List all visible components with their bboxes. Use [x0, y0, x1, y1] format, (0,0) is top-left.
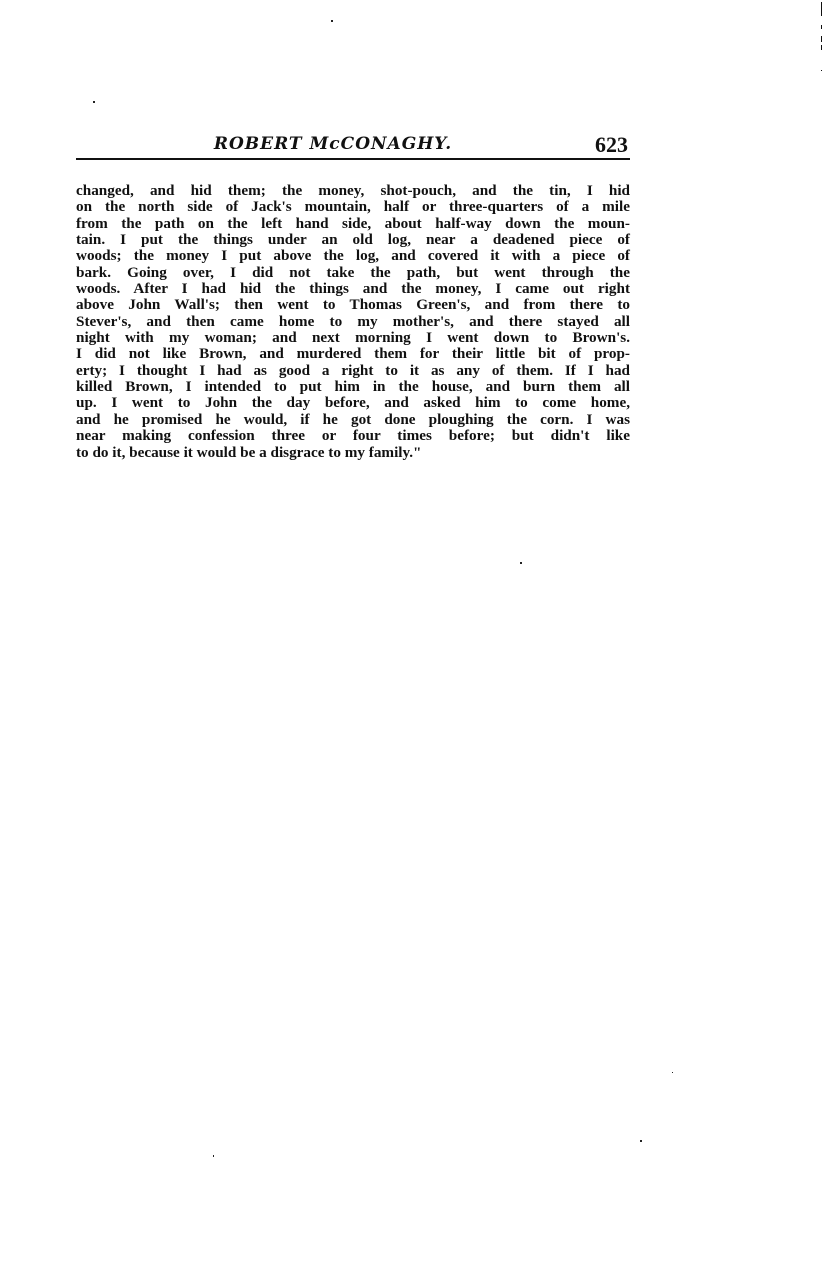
scan-speck	[520, 562, 522, 564]
text-line: tain. I put the things under an old log,…	[76, 232, 630, 248]
text-line: to do it, because it would be a disgrace…	[76, 445, 630, 461]
text-line: night with my woman; and next morning I …	[76, 330, 630, 346]
scan-speck	[672, 1072, 673, 1073]
text-line: up. I went to John the day before, and a…	[76, 395, 630, 411]
text-line: woods. After I had hid the things and th…	[76, 281, 630, 297]
scan-speck	[93, 101, 95, 103]
book-page: ROBERT McCONAGHY. 623 changed, and hid t…	[0, 0, 836, 1284]
text-line: killed Brown, I intended to put him in t…	[76, 379, 630, 395]
text-line: Stever's, and then came home to my mothe…	[76, 314, 630, 330]
scan-speck	[213, 1155, 214, 1157]
edge-mark	[821, 45, 822, 50]
edge-mark	[821, 36, 822, 42]
page-number: 623	[595, 132, 628, 158]
edge-mark	[821, 2, 822, 16]
text-line: I did not like Brown, and murdered them …	[76, 346, 630, 362]
text-line: changed, and hid them; the money, shot-p…	[76, 183, 630, 199]
text-line: and he promised he would, if he got done…	[76, 412, 630, 428]
running-title: ROBERT McCONAGHY.	[76, 134, 630, 154]
text-line: woods; the money I put above the log, an…	[76, 248, 630, 264]
scan-speck	[640, 1140, 642, 1142]
text-line: near making confession three or four tim…	[76, 428, 630, 444]
text-line: erty; I thought I had as good a right to…	[76, 363, 630, 379]
edge-mark	[821, 70, 822, 71]
body-paragraph: changed, and hid them; the money, shot-p…	[76, 183, 630, 461]
edge-mark	[821, 25, 822, 29]
text-line: from the path on the left hand side, abo…	[76, 216, 630, 232]
text-line: above John Wall's; then went to Thomas G…	[76, 297, 630, 313]
text-line: bark. Going over, I did not take the pat…	[76, 265, 630, 281]
running-header: ROBERT McCONAGHY. 623	[76, 132, 630, 160]
text-line: on the north side of Jack's mountain, ha…	[76, 199, 630, 215]
scan-speck	[331, 20, 333, 22]
